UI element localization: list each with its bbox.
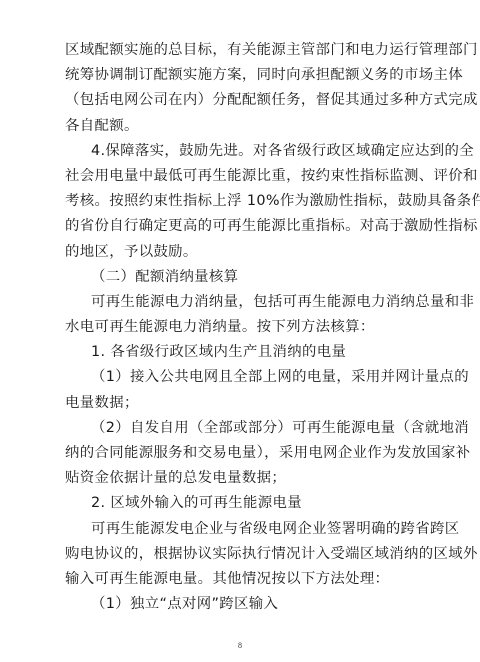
text-line: 纳的合同能源服务和交易电量），采用电网企业作为发放国家补 xyxy=(65,441,419,466)
paragraph-start-line: 可再生能源发电企业与省级电网企业签署明确的跨省跨区 xyxy=(65,517,419,542)
paragraph-start-line: 4.保障落实，鼓励先进。对各省级行政区域确定应达到的全 xyxy=(65,139,419,164)
page-number: 8 xyxy=(0,641,480,650)
text-line: 输入可再生能源电量。其他情况按以下方法处理： xyxy=(65,567,419,592)
text-line: 社会用电量中最低可再生能源比重，按约束性指标监测、评价和 xyxy=(65,164,419,189)
text-line: 的地区，予以鼓励。 xyxy=(65,240,419,265)
section-heading: （二）配额消纳量核算 xyxy=(65,265,419,290)
subheading: 1. 各省级行政区域内生产且消纳的电量 xyxy=(65,340,419,365)
text-line: 统筹协调制订配额实施方案，同时向承担配额义务的市场主体 xyxy=(65,63,419,88)
text-line: 考核。按照约束性指标上浮 10%作为激励性指标，鼓励具备条件 xyxy=(65,189,419,214)
subheading: 2. 区域外输入的可再生能源电量 xyxy=(65,491,419,516)
text-line: 各自配额。 xyxy=(65,114,419,139)
paragraph-start-line: （1）独立“点对网”跨区输入 xyxy=(65,592,419,617)
paragraph-start-line: （2）自发自用（全部或部分）可再生能源电量（含就地消 xyxy=(65,416,419,441)
paragraph-start-line: 可再生能源电力消纳量，包括可再生能源电力消纳总量和非 xyxy=(65,290,419,315)
text-line: 的省份自行确定更高的可再生能源比重指标。对高于激励性指标 xyxy=(65,214,419,239)
document-page: 区域配额实施的总目标，有关能源主管部门和电力运行管理部门 统筹协调制订配额实施方… xyxy=(0,0,480,662)
text-line: （包括电网公司在内）分配配额任务，督促其通过多种方式完成 xyxy=(65,88,419,113)
text-line: 电量数据； xyxy=(65,391,419,416)
text-line: 购电协议的，根据协议实际执行情况计入受端区域消纳的区域外 xyxy=(65,542,419,567)
text-line: 贴资金依据计量的总发电量数据； xyxy=(65,466,419,491)
document-body: 区域配额实施的总目标，有关能源主管部门和电力运行管理部门 统筹协调制订配额实施方… xyxy=(65,38,419,617)
text-line: 区域配额实施的总目标，有关能源主管部门和电力运行管理部门 xyxy=(65,38,419,63)
paragraph-start-line: （1）接入公共电网且全部上网的电量，采用并网计量点的 xyxy=(65,365,419,390)
text-line: 水电可再生能源电力消纳量。按下列方法核算： xyxy=(65,315,419,340)
